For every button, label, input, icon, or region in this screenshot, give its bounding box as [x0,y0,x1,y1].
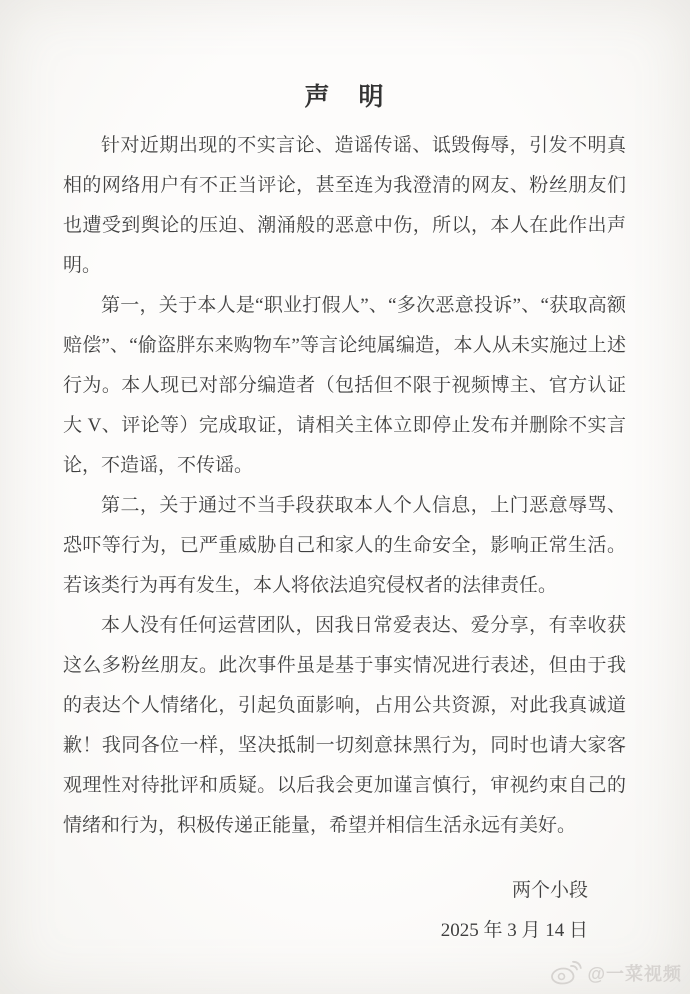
paragraph: 第一，关于本人是“职业打假人”、“多次恶意投诉”、“获取高额赔偿”、“偷盗胖东来… [63,286,626,486]
watermark: @一菜视频 [550,960,682,986]
signature-date: 2025 年 3 月 14 日 [0,911,588,951]
document-body: 针对近期出现的不实言论、造谣传谣、诋毁侮辱，引发不明真相的网络用户有不正当评论，… [0,126,690,846]
signature-block: 两个小段 2025 年 3 月 14 日 [0,871,690,951]
paragraph: 本人没有任何运营团队，因我日常爱表达、爱分享，有幸收获这么多粉丝朋友。此次事件虽… [63,606,626,846]
paragraph: 针对近期出现的不实言论、造谣传谣、诋毁侮辱，引发不明真相的网络用户有不正当评论，… [63,126,626,286]
weibo-icon [550,960,582,986]
watermark-text: @一菜视频 [587,960,682,986]
signature-name: 两个小段 [0,871,588,911]
paragraph: 第二，关于通过不当手段获取本人个人信息，上门恶意辱骂、恐吓等行为，已严重威胁自己… [63,486,626,606]
statement-document: 声 明 针对近期出现的不实言论、造谣传谣、诋毁侮辱，引发不明真相的网络用户有不正… [0,0,690,994]
document-title: 声 明 [0,0,690,114]
